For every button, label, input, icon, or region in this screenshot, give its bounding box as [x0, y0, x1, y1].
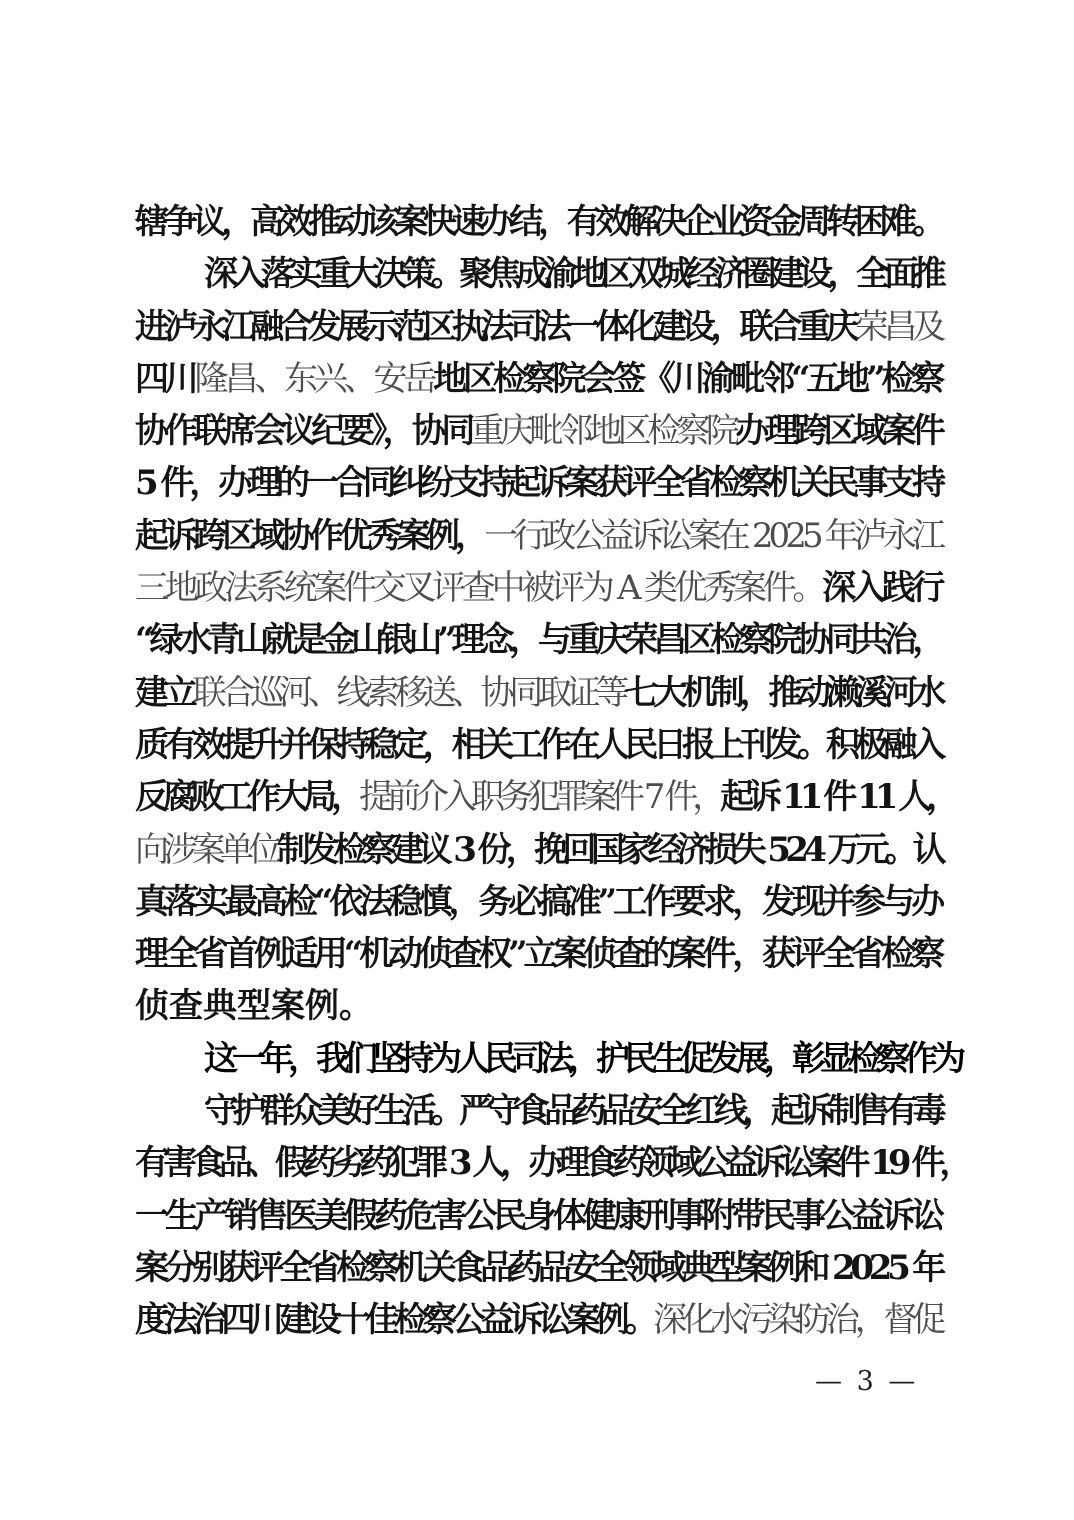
- document-page: 辖争议，高效推动该案快速办结，有效解决企业资金周转困难。深入落实重大决策。聚焦成…: [0, 0, 1074, 1520]
- text-run: 重庆毗邻地区检察院: [471, 411, 736, 451]
- text-run: 守护群众美好生活。严守食品药品安全红线，起诉制售有毒: [204, 1091, 941, 1131]
- text-line: 起诉跨区域协作优秀案例，一行政公益诉讼案在 2025 年泸永江: [135, 510, 941, 562]
- text-line: 四川隆昌、东兴、安岳地区检察院会签《川渝毗邻“五地”检察: [135, 353, 941, 405]
- text-run: 辖争议，高效推动该案快速办结，有效解决企业资金周转困难。: [135, 202, 941, 242]
- text-run: “绿水青山就是金山银山”理念，与重庆荣昌区检察院协同共治，: [135, 620, 941, 660]
- text-run: 四川: [135, 359, 195, 399]
- text-run: 隆昌、东兴、安岳: [195, 359, 434, 399]
- text-line: 5 件，办理的一合同纠纷支持起诉案获评全省检察机关民事支持: [135, 457, 941, 509]
- text-line: 守护群众美好生活。严守食品药品安全红线，起诉制售有毒: [135, 1085, 941, 1137]
- text-run: 深入践行: [822, 568, 941, 608]
- text-run: 质有效提升并保持稳定，相关工作在人民日报上刊发。积极融入: [135, 725, 941, 765]
- text-line: 协作联席会议纪要》，协同重庆毗邻地区检察院办理跨区域案件: [135, 405, 941, 457]
- text-run: 深化水污染防治，督促: [653, 1300, 941, 1340]
- text-run: 这一年，我们坚持为人民司法，护民生促发展，彰显检察作为: [204, 1039, 960, 1079]
- text-run: 有害食品、假药劣药犯罪 3 人，办理食药领域公益诉讼案件 19 件，: [135, 1143, 967, 1183]
- text-run: 地区检察院会签《川渝毗邻“五地”检察: [433, 359, 941, 399]
- text-line: “绿水青山就是金山银山”理念，与重庆荣昌区检察院协同共治，: [135, 614, 941, 666]
- text-run: 制发检察建议 3 份，挽回国家经济损失 524 万元。认: [277, 830, 941, 870]
- text-line: 辖争议，高效推动该案快速办结，有效解决企业资金周转困难。: [135, 196, 941, 248]
- text-run: 案分别获评全省检察机关食品药品安全领域典型案例和 2025 年: [135, 1248, 941, 1288]
- text-line: 深入落实重大决策。聚焦成渝地区双城经济圈建设，全面推: [135, 248, 941, 300]
- text-run: 深入落实重大决策。聚焦成渝地区双城经济圈建设，全面推: [204, 254, 941, 294]
- text-run: 进泸永江融合发展示范区执法司法一体化建设，联合重庆: [135, 307, 855, 347]
- text-line: 进泸永江融合发展示范区执法司法一体化建设，联合重庆荣昌及: [135, 301, 941, 353]
- text-run: 起诉 11 件 11 人，: [720, 777, 954, 817]
- text-run: 侦查典型案例。: [135, 986, 373, 1026]
- text-line: 理全省首例适用“机动侦查权”立案侦查的案件，获评全省检察: [135, 928, 941, 980]
- text-run: 七大机制，推动濑溪河水: [624, 673, 941, 713]
- text-line: 这一年，我们坚持为人民司法，护民生促发展，彰显检察作为: [135, 1033, 941, 1085]
- text-run: 联合巡河、线索移送、协同取证等: [193, 673, 625, 713]
- text-run: 三地政法系统案件交叉评查中被评为 A 类优秀案件。: [135, 568, 822, 608]
- text-run: 向涉案单位: [135, 830, 277, 870]
- text-line: 真落实最高检“依法稳慎，务必搞准”工作要求，发现并参与办: [135, 876, 941, 928]
- text-run: 5 件，办理的一合同纠纷支持起诉案获评全省检察机关民事支持: [135, 463, 941, 503]
- text-line: 一生产销售医美假药危害公民身体健康刑事附带民事公益诉讼: [135, 1190, 941, 1242]
- text-line: 三地政法系统案件交叉评查中被评为 A 类优秀案件。深入践行: [135, 562, 941, 614]
- text-run: 荣昌及: [855, 307, 941, 347]
- text-run: 一生产销售医美假药危害公民身体健康刑事附带民事公益诉讼: [135, 1196, 941, 1236]
- text-line: 有害食品、假药劣药犯罪 3 人，办理食药领域公益诉讼案件 19 件，: [135, 1137, 941, 1189]
- text-line: 反腐败工作大局，提前介入职务犯罪案件 7 件，起诉 11 件 11 人，: [135, 771, 941, 823]
- text-line: 向涉案单位制发检察建议 3 份，挽回国家经济损失 524 万元。认: [135, 824, 941, 876]
- text-run: 真落实最高检“依法稳慎，务必搞准”工作要求，发现并参与办: [135, 882, 941, 922]
- text-run: 建立: [135, 673, 193, 713]
- text-run: 一行政公益诉讼案在 2025 年泸永江: [484, 516, 941, 556]
- text-line: 度法治四川建设十佳检察公益诉讼案例。深化水污染防治，督促: [135, 1294, 941, 1346]
- text-line: 建立联合巡河、线索移送、协同取证等七大机制，推动濑溪河水: [135, 667, 941, 719]
- text-run: 协作联席会议纪要》，协同: [135, 411, 471, 451]
- text-run: 办理跨区域案件: [735, 411, 941, 451]
- text-line: 质有效提升并保持稳定，相关工作在人民日报上刊发。积极融入: [135, 719, 941, 771]
- document-body: 辖争议，高效推动该案快速办结，有效解决企业资金周转困难。深入落实重大决策。聚焦成…: [135, 196, 941, 1347]
- text-line: 侦查典型案例。: [135, 980, 941, 1032]
- text-line: 案分别获评全省检察机关食品药品安全领域典型案例和 2025 年: [135, 1242, 941, 1294]
- text-run: 提前介入职务犯罪案件 7 件，: [359, 777, 720, 817]
- text-run: 起诉跨区域协作优秀案例，: [135, 516, 484, 556]
- text-run: 反腐败工作大局，: [135, 777, 359, 817]
- text-run: 理全省首例适用“机动侦查权”立案侦查的案件，获评全省检察: [135, 934, 941, 974]
- text-run: 度法治四川建设十佳检察公益诉讼案例。: [135, 1300, 653, 1340]
- page-number: — 3 —: [815, 1366, 945, 1397]
